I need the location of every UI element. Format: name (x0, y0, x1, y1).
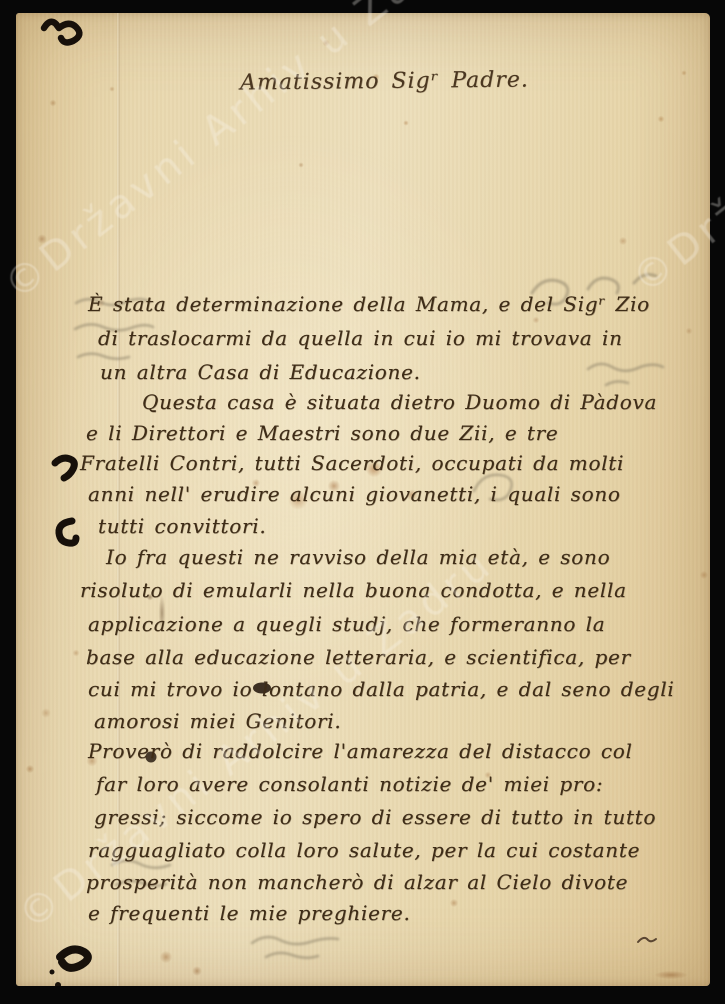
letter-line: applicazione a quegli studj, che formera… (88, 612, 605, 636)
letter-line: di traslocarmi da quella in cui io mi tr… (98, 326, 623, 350)
letter-line: far loro avere consolanti notizie de' mi… (96, 772, 603, 796)
letter-line: Questa casa è situata dietro Duomo di Pà… (142, 390, 657, 414)
letter-line: È stata determinazione della Mama, e del… (88, 292, 650, 316)
letter-line: Io fra questi ne ravviso della mia età, … (106, 545, 610, 569)
letter-line: e li Direttori e Maestri sono due Zii, e… (86, 421, 558, 445)
letter-line: amorosi miei Genitori. (94, 709, 341, 733)
ink-mark-left-curl (59, 521, 76, 543)
scanned-manuscript-letter: Amatissimo Sigʳ Padre. È stata determina… (0, 0, 725, 1004)
ink-dot (50, 970, 55, 975)
letter-line: Proverò di raddolcire l'amarezza del dis… (88, 739, 633, 763)
letter-line: prosperità non mancherò di alzar al Ciel… (86, 870, 628, 894)
ink-mark-tilde (638, 938, 656, 942)
letter-line: Fratelli Contri, tutti Sacerdoti, occupa… (80, 451, 624, 475)
letter-line: e frequenti le mie preghiere. (88, 901, 411, 925)
letter-line: gressi; siccome io spero di essere di tu… (94, 805, 656, 829)
letter-line: ragguagliato colla loro salute, per la c… (88, 838, 640, 862)
letter-line: un altra Casa di Educazione. (100, 360, 421, 384)
ink-mark-bottom-curl (60, 949, 88, 967)
letter-line: cui mi trovo io lontano dalla patria, e … (88, 677, 675, 701)
letter-line: tutti convittori. (98, 514, 266, 538)
letter-line: anni nell' erudire alcuni giovanetti, i … (88, 482, 621, 506)
ink-dot (55, 982, 61, 986)
letter-page: Amatissimo Sigʳ Padre. È stata determina… (16, 13, 710, 986)
ink-mark-left-hook (55, 458, 74, 478)
letter-line: risoluto di emularli nella buona condott… (80, 578, 627, 602)
ink-mark-top-left (44, 22, 79, 43)
letter-line: base alla educazione letteraria, e scien… (86, 645, 631, 669)
letter-salutation: Amatissimo Sigʳ Padre. (240, 67, 529, 95)
